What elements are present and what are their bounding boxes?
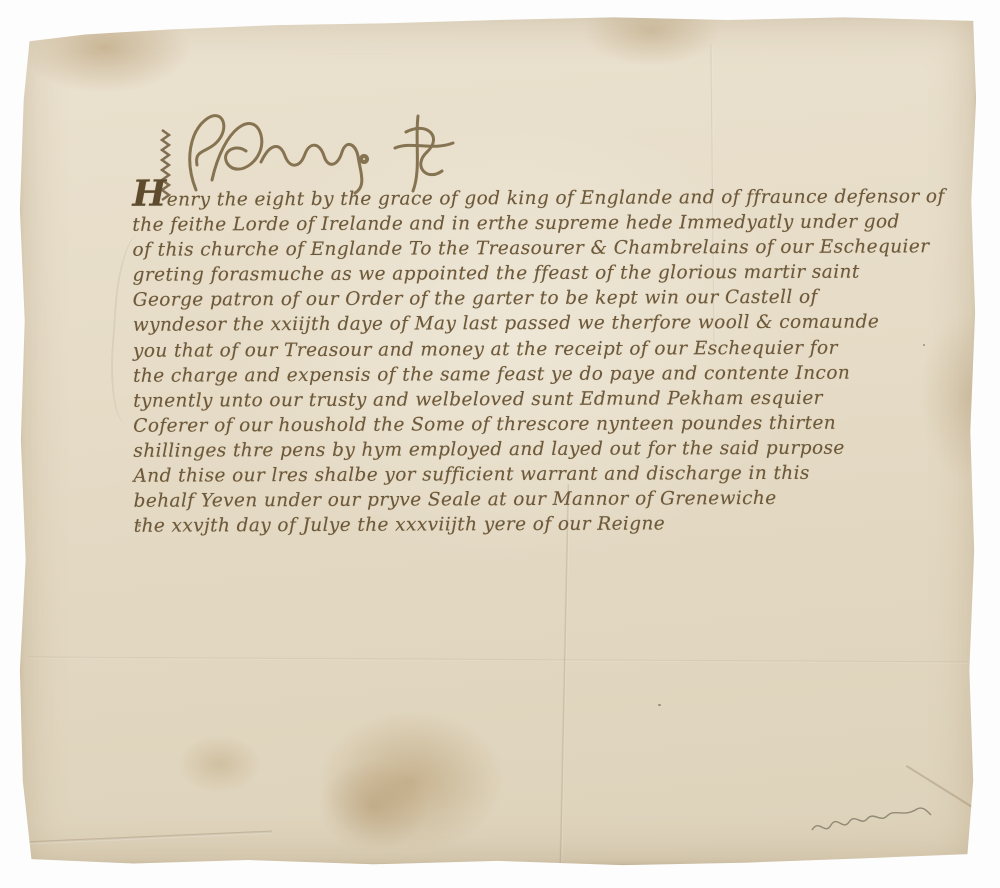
- parchment-sheet: Henry the eight by the grace of god king…: [18, 14, 978, 866]
- text-line: behalf Yeven under our pryve Seale at ou…: [134, 485, 934, 514]
- text-line: And thise our lres shalbe yor sufficient…: [133, 460, 933, 489]
- faint-handwritten-inscription-icon: [806, 806, 936, 840]
- text-line: the feithe Lorde of Irelande and in erth…: [132, 209, 932, 238]
- text-line: George patron of our Order of the garter…: [133, 285, 933, 314]
- photograph-background: Henry the eight by the grace of god king…: [0, 0, 1000, 888]
- text-line: wyndesor the xxiijth daye of May last pa…: [133, 310, 933, 339]
- vertical-fold-crease: [559, 484, 570, 864]
- ink-speck: [658, 704, 661, 706]
- manuscript-text: Henry the eight by the grace of god king…: [132, 180, 934, 539]
- text-line: Coferer of our houshold the Some of thre…: [133, 410, 933, 439]
- text-line: tynently unto our trusty and welbeloved …: [133, 385, 933, 414]
- text-line: of this churche of Englande To the Treas…: [132, 234, 932, 263]
- bottom-left-crease: [22, 831, 272, 845]
- text-line: Henry the eight by the grace of god king…: [132, 180, 932, 213]
- text-line: greting forasmuche as we appointed the f…: [133, 260, 933, 289]
- horizontal-fold-crease: [28, 657, 968, 664]
- text-line: the xxvjth day of Julye the xxxviijth ye…: [134, 510, 934, 539]
- text-line: the charge and expensis of the same feas…: [133, 360, 933, 389]
- text-line: shillinges thre pens by hym employed and…: [133, 435, 933, 464]
- text-line: you that of our Treasour and money at th…: [133, 335, 933, 364]
